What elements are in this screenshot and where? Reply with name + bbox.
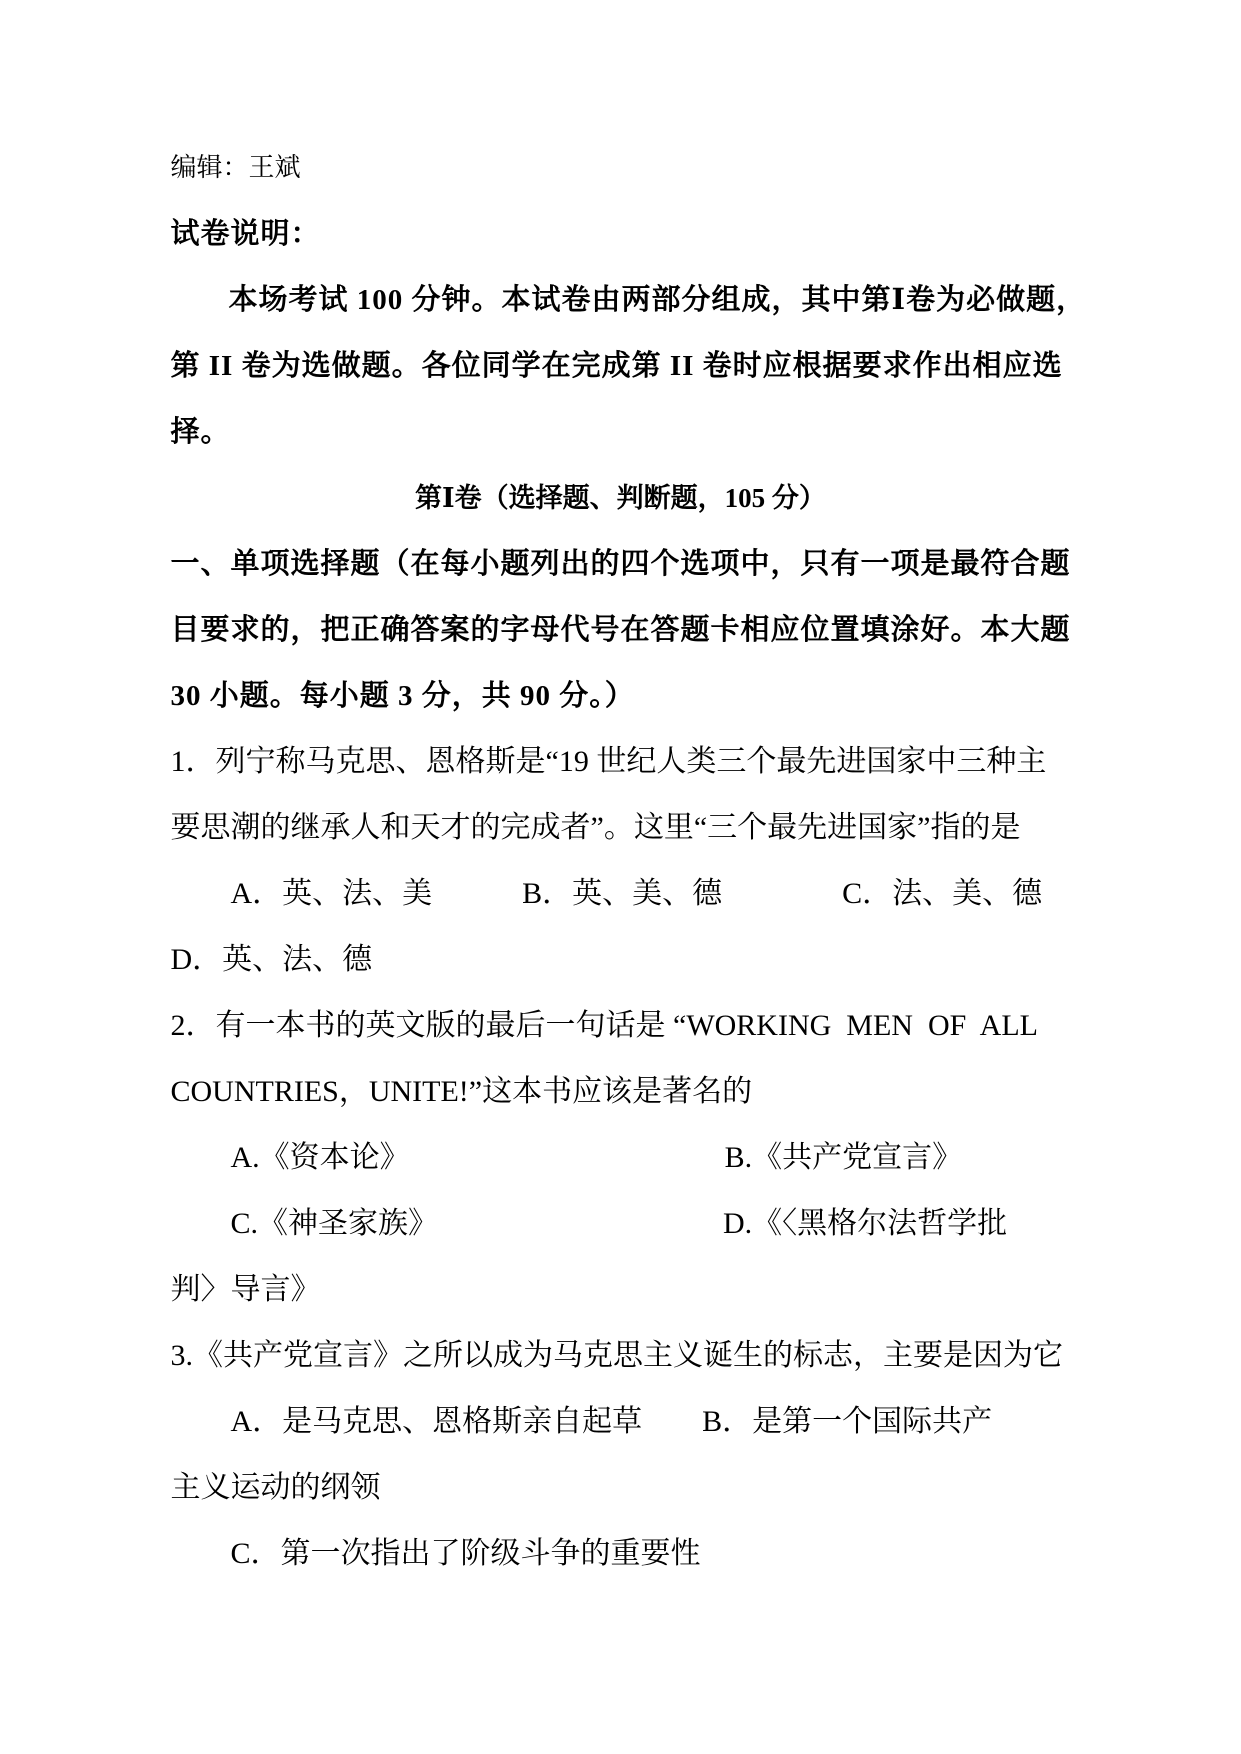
question-3-options-row: 主义运动的纲领 xyxy=(171,1455,1071,1521)
question-2-text-line: 2．有一本书的英文版的最后一句话是 “WORKING MEN OF ALL xyxy=(171,993,1071,1059)
instructions-title: 试卷说明： xyxy=(171,201,1071,267)
question-3-options-row: A．是马克思、恩格斯亲自起草 B．是第一个国际共产 xyxy=(171,1389,1071,1455)
question-1-options-row: D．英、法、德 xyxy=(171,927,1071,993)
instructions-body-line: 择。 xyxy=(171,399,1071,465)
document-content: 编辑：王斌 试卷说明： 本场考试 100 分钟。本试卷由两部分组成，其中第Ⅰ卷为… xyxy=(171,0,1071,1587)
section1-header-line: 30 小题。每小题 3 分，共 90 分。） xyxy=(171,663,1071,729)
question-3-text-line: 3.《共产党宣言》之所以成为马克思主义诞生的标志，主要是因为它 xyxy=(171,1323,1071,1389)
part1-title: 第Ⅰ卷（选择题、判断题，105 分） xyxy=(171,465,1071,531)
question-2-options-row: C.《神圣家族》 D.《〈黑格尔法哲学批 xyxy=(171,1191,1071,1257)
question-1-text-line: 要思潮的继承人和天才的完成者”。这里“三个最先进国家”指的是 xyxy=(171,795,1071,861)
question-3-options-row: C．第一次指出了阶级斗争的重要性 xyxy=(171,1521,1071,1587)
question-2-text-line: COUNTRIES，UNITE!”这本书应该是著名的 xyxy=(171,1059,1071,1125)
question-1-text-line: 1．列宁称马克思、恩格斯是“19 世纪人类三个最先进国家中三种主 xyxy=(171,729,1071,795)
instructions-body-line: 本场考试 100 分钟。本试卷由两部分组成，其中第Ⅰ卷为必做题， xyxy=(171,267,1071,333)
section1-header-line: 一、单项选择题（在每小题列出的四个选项中，只有一项是最符合题 xyxy=(171,531,1071,597)
question-2-options-row: 判〉导言》 xyxy=(171,1257,1071,1323)
question-2-options-row: A.《资本论》 B.《共产党宣言》 xyxy=(171,1125,1071,1191)
editor-line: 编辑：王斌 xyxy=(171,135,1071,201)
instructions-body-line: 第 II 卷为选做题。各位同学在完成第 II 卷时应根据要求作出相应选 xyxy=(171,333,1071,399)
exam-document-page: { "page": { "editor_line": "编辑：王斌", "ins… xyxy=(0,0,1241,1754)
question-1-options-row: A．英、法、美 B．英、美、德 C．法、美、德 xyxy=(171,861,1071,927)
section1-header-line: 目要求的，把正确答案的字母代号在答题卡相应位置填涂好。本大题 xyxy=(171,597,1071,663)
